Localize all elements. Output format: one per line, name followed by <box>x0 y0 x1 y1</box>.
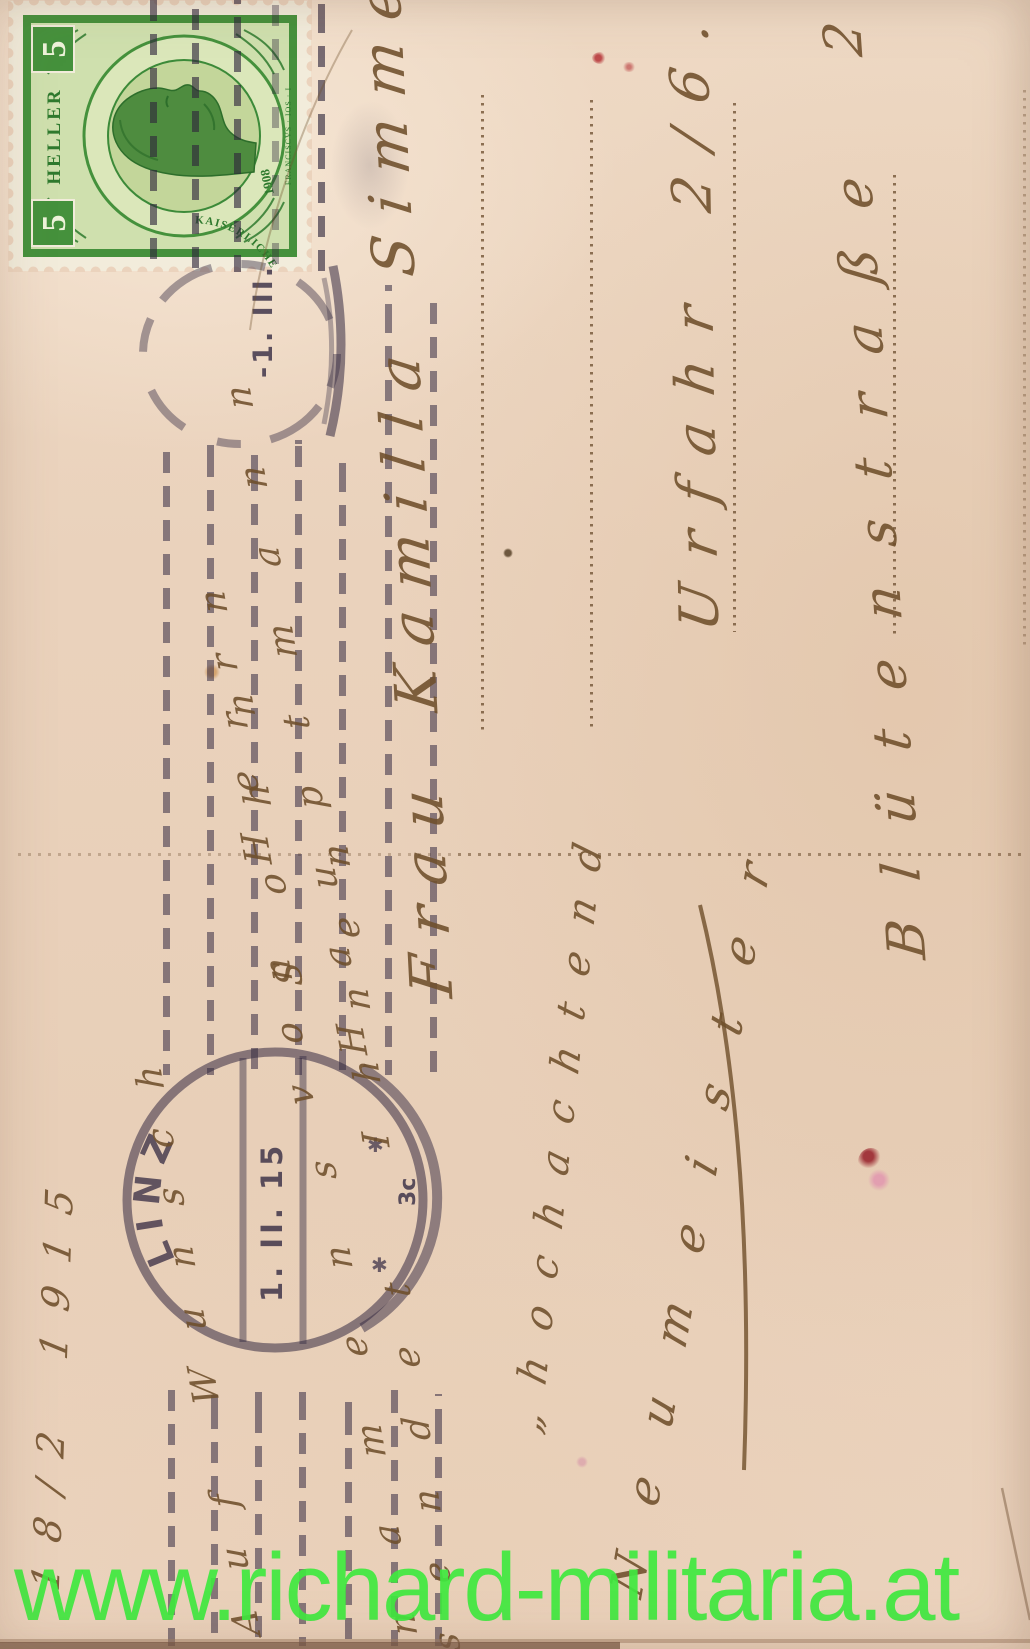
pen-flourish <box>0 0 1030 1649</box>
postcard-scan: 5 5 HELLER KAISERLICHE · KÖNIGLICHE · ÖS… <box>0 0 1030 1649</box>
scan-edge <box>0 1642 620 1649</box>
dealer-watermark: www.richard-militaria.at <box>14 1533 1024 1643</box>
